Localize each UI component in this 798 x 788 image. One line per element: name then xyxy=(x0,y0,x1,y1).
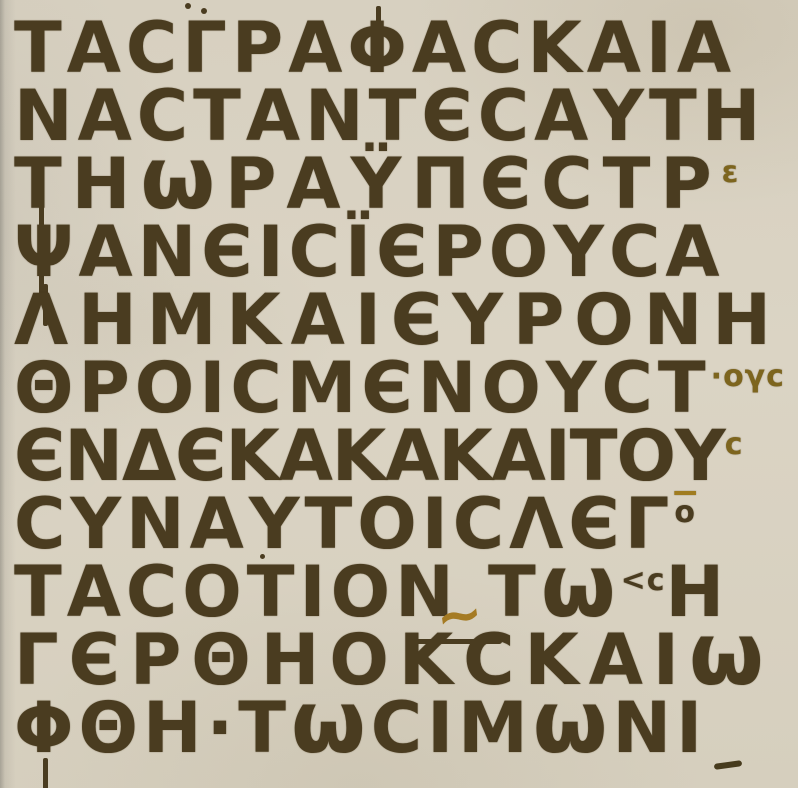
text-segment: ΘΗ·Τ xyxy=(79,698,291,758)
text-segment: <c xyxy=(621,565,666,597)
text-line-8: CΥΝΑΥΤΟΙCΛЄΓo xyxy=(14,490,798,558)
text-line-7: ЄΝΔЄΚΑΚΑΚΑΙΤΟΥc xyxy=(14,422,798,490)
text-segment: Η xyxy=(72,154,141,214)
text-segment: o xyxy=(674,497,696,529)
text-line-6: ΘΡΟΙCΜЄΝΟΥCΤ·oγc xyxy=(14,354,798,422)
text-line-11: ΦΘΗ·ΤωCΙΜωΝΙ xyxy=(14,694,798,762)
text-line-2: ΝΑCΤΑΝΤЄCΑΥΤΗ xyxy=(14,82,798,150)
manuscript-page: ΤΑCΓΡΑΦΑCΚΑΙΑΝΑCΤΑΝΤЄCΑΥΤΗΤΗωΡΑΫΠЄCΤΡεΨΑ… xyxy=(0,0,798,788)
text-segment: Ψ xyxy=(14,222,78,282)
text-segment: ·oγc xyxy=(711,361,785,393)
tau-dot-mark xyxy=(260,554,265,559)
text-segment: ΤΑCΓΡΑ xyxy=(14,18,347,78)
text-segment: Φ xyxy=(347,18,412,78)
text-segment: ε xyxy=(722,157,740,189)
text-line-5: ΛΗΜΚΑΙЄΥΡΟΝΗ xyxy=(14,286,798,354)
text-segment: ΡΑΫΠЄCΤΡ xyxy=(225,154,722,214)
text-segment: ΛΗΜΚΑΙЄΥΡΟΝΗ xyxy=(14,290,781,350)
text-line-10: ΓЄΡΘΗΟΚCΚΑΙω xyxy=(14,626,798,694)
gamma-correction-dots xyxy=(185,3,191,9)
text-segment: CΙΜ xyxy=(371,698,533,758)
text-segment: ω xyxy=(689,629,774,681)
text-segment: ΝΙ xyxy=(613,698,708,758)
text-segment: ΑΝЄΙCΪЄΡΟΥCΑ xyxy=(78,222,724,282)
text-segment: Φ xyxy=(14,698,79,758)
text-segment: ΑCΚΑΙΑ xyxy=(412,18,736,78)
text-segment: ΘΡΟΙCΜЄΝΟΥCΤ xyxy=(14,358,711,418)
text-segment: Τ xyxy=(14,154,72,214)
text-line-9: ΤΑCΟΤΙΟΝ Τω<cΗ xyxy=(14,558,798,626)
text-line-3: ΤΗωΡΑΫΠЄCΤΡε xyxy=(14,150,798,218)
corrector-tilde-mark: ~ xyxy=(432,585,486,647)
text-segment: c xyxy=(725,429,744,461)
text-segment: ω xyxy=(291,697,371,749)
text-line-1: ΤΑCΓΡΑΦΑCΚΑΙΑ xyxy=(14,14,798,82)
text-segment: ω xyxy=(541,561,621,613)
text-segment: ω xyxy=(533,697,613,749)
text-segment: ЄΝΔЄΚΑΚΑΚΑΙΤΟΥ xyxy=(14,426,725,486)
manuscript-text-block: ΤΑCΓΡΑΦΑCΚΑΙΑΝΑCΤΑΝΤЄCΑΥΤΗΤΗωΡΑΫΠЄCΤΡεΨΑ… xyxy=(14,14,798,762)
text-segment: ω xyxy=(140,153,225,205)
text-segment: ΝΑCΤΑΝΤЄCΑΥΤΗ xyxy=(14,86,765,146)
text-line-4: ΨΑΝЄΙCΪЄΡΟΥCΑ xyxy=(14,218,798,286)
